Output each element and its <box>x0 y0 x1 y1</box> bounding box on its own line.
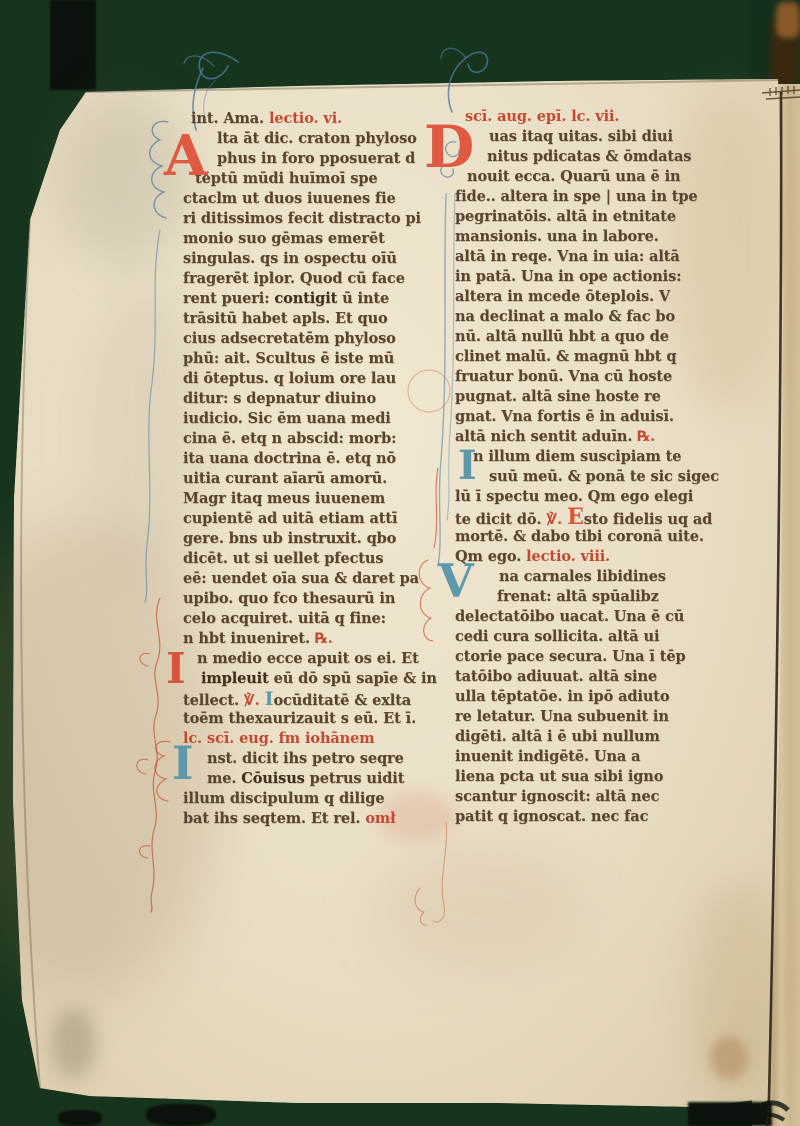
body-text: eē: uendet oīa sua & daret pa <box>183 570 419 587</box>
shadow-bottom <box>58 1110 102 1126</box>
text-line: delectatōibo uacat. Una ē cū <box>455 607 755 627</box>
body-text: delectatōibo uacat. Una ē cū <box>455 608 684 625</box>
body-text: uas itaq uitas. sibi diui <box>489 128 673 145</box>
text-line: tellect. ℣. Iocūditatē & exlta <box>183 689 449 709</box>
body-text: petrus uidit <box>305 770 405 787</box>
text-column-left: int. Ama. lectio. vi.lta āt dic. craton … <box>183 109 449 829</box>
text-line: in patā. Una in ope actionis: <box>455 267 755 287</box>
text-line: celo acquiret. uitā q fine: <box>183 609 449 629</box>
text-line: fruatur bonū. Vna cū hoste <box>455 367 755 387</box>
rubric-text: scī. aug. epī. lc. vii. <box>465 108 619 125</box>
body-text: suū meū. & ponā te sic sigec <box>489 468 719 485</box>
body-text: nouit ecca. Quarū una ē in <box>467 168 680 185</box>
text-line: monio suo gēmas emerēt <box>183 229 449 249</box>
manuscript-photo: int. Ama. lectio. vi.lta āt dic. craton … <box>0 0 800 1126</box>
text-line: di ōteptus. q loium ore lau <box>183 369 449 389</box>
body-text: singulas. qs in ospectu oīū <box>183 250 397 267</box>
shadow-top <box>50 0 96 90</box>
initial-I-teal-right: I <box>458 446 477 486</box>
text-line: n hbt inueniret. ℞. <box>183 629 449 649</box>
body-text: nst. dicit ihs petro seqre <box>207 750 404 767</box>
body-text: mansionis. una in labore. <box>455 228 659 245</box>
text-line: ulla tēptatōe. in ipō adiuto <box>455 687 755 707</box>
body-text: uitia curant aīarū amorū. <box>183 470 387 487</box>
body-text: fide.. altera in spe | una in tpe <box>455 188 698 205</box>
text-line: fide.. altera in spe | una in tpe <box>455 187 755 207</box>
body-text: clinet malū. & magnū hbt q <box>455 348 676 365</box>
body-text: n medio ecce apuit os ei. Et <box>197 650 419 667</box>
body-text: patit q ignoscat. nec fac <box>455 808 648 825</box>
rubric-text: ℞. <box>637 428 655 445</box>
text-line: cupientē ad uitā etiam attī <box>183 509 449 529</box>
body-text: lū ī spectu meo. Qm ego elegi <box>455 488 693 505</box>
rubric-text: omł <box>365 810 395 827</box>
body-text: me. <box>207 770 241 787</box>
text-line: tatōibo adiuuat. altā sine <box>455 667 755 687</box>
body-text: ita uana doctrina ē. etq nō <box>183 450 396 467</box>
initial-V-teal: V <box>438 558 474 604</box>
body-text: cupientē ad uitā etiam attī <box>183 510 397 527</box>
text-line: Qm ego. lectio. viii. <box>455 547 755 567</box>
text-line: n illum diem suscipiam te <box>455 447 755 467</box>
body-text: re letatur. Una subuenit in <box>455 708 669 725</box>
initial-I-teal-left: I <box>172 740 194 786</box>
book-edge-corner <box>776 2 800 38</box>
rubric-text: lectio. viii. <box>526 548 610 565</box>
body-text: pugnat. altā sine hoste re <box>455 388 661 405</box>
body-text: nū. altā nullū hbt a quo de <box>455 328 669 345</box>
body-text: pegrinatōis. altā in etnitate <box>455 208 676 225</box>
text-line: gnat. Vna fortis ē in aduisī. <box>455 407 755 427</box>
body-text: gnat. Vna fortis ē in aduisī. <box>455 408 674 425</box>
text-line: int. Ama. lectio. vi. <box>183 109 449 129</box>
body-text: cina ē. etq n abscid: morb: <box>183 430 396 447</box>
body-text: n hbt inueniret. <box>183 630 315 647</box>
body-text: ditur: s depnatur diuino <box>183 390 376 407</box>
body-text: illum discipulum q dilige <box>183 790 384 807</box>
text-line: nū. altā nullū hbt a quo de <box>455 327 755 347</box>
text-line: me. Cōuisus petrus uidit <box>183 769 449 789</box>
body-text: n illum diem suscipiam te <box>473 448 681 465</box>
body-text: bat ihs seqtem. Et rel. <box>183 810 365 827</box>
text-line: scī. aug. epī. lc. vii. <box>455 107 755 127</box>
text-line: bat ihs seqtem. Et rel. omł <box>183 809 449 829</box>
text-line: ri ditissimos fecit distracto pi <box>183 209 449 229</box>
text-line: singulas. qs in ospectu oīū <box>183 249 449 269</box>
body-text: altera in mcede ōteplois. V <box>455 288 670 305</box>
text-line: re letatur. Una subuenit in <box>455 707 755 727</box>
body-text: ctorie pace secura. Una ī tēp <box>455 648 686 665</box>
text-line: scantur ignoscit: altā nec <box>455 787 755 807</box>
text-line: cius adsecretatēm phyloso <box>183 329 449 349</box>
text-line: gere. bns ub instruxit. qbo <box>183 529 449 549</box>
text-line: Magr itaq meus iuuenem <box>183 489 449 509</box>
body-text: toēm thexaurizauit s eū. Et ī. <box>183 710 416 727</box>
body-text: gere. bns ub instruxit. qbo <box>183 530 396 547</box>
body-text: fragerēt iplor. Quod cū face <box>183 270 405 287</box>
text-line: frenat: altā spūalibz <box>455 587 755 607</box>
body-text: Magr itaq meus iuuenem <box>183 490 385 507</box>
body-text: te dicit dō. <box>455 511 546 528</box>
text-line: n medio ecce apuit os ei. Et <box>183 649 449 669</box>
body-text: eū dō spū sapīe & in <box>269 670 437 687</box>
body-text: altā nich sentit aduīn. <box>455 428 637 445</box>
body-text: liena pcta ut sua sibi igno <box>455 768 663 785</box>
body-text: ū inte <box>337 290 389 307</box>
body-text: inuenit indigētē. Una a <box>455 748 640 765</box>
body-text: in patā. Una in ope actionis: <box>455 268 681 285</box>
body-text: frenat: altā spūalibz <box>497 588 659 605</box>
body-text: digēti. altā i ē ubi nullum <box>455 728 660 745</box>
body-text: dicēt. ut si uellet pfectus <box>183 550 383 567</box>
text-line: fragerēt iplor. Quod cū face <box>183 269 449 289</box>
text-line: phū: ait. Scultus ē iste mū <box>183 349 449 369</box>
body-text: nitus pdicatas & ōmdatas <box>487 148 691 165</box>
text-line: lc. scī. eug. fm iohānem <box>183 729 449 749</box>
shadow-bottom <box>688 1102 772 1126</box>
text-line: cedi cura sollicita. altā ui <box>455 627 755 647</box>
body-text: tellect. <box>183 692 244 709</box>
text-line: lta āt dic. craton phyloso <box>183 129 449 149</box>
text-line: ctaclm ut duos iuuenes fie <box>183 189 449 209</box>
body-text: sto fidelis uq ad <box>584 511 712 528</box>
rubric-text: ℣. <box>546 511 567 528</box>
shadow-bottom <box>146 1104 216 1126</box>
text-line: na carnales libidines <box>455 567 755 587</box>
body-text: mortē. & dabo tibi coronā uite. <box>455 528 704 545</box>
text-line: iudicio. Sic ēm uana medi <box>183 409 449 429</box>
rubric-text: lc. scī. eug. fm iohānem <box>183 730 375 747</box>
body-text: lta āt dic. craton phyloso <box>217 130 417 147</box>
body-text: ctaclm ut duos iuuenes fie <box>183 190 396 207</box>
initial-I-red: I <box>166 648 186 690</box>
text-line: liena pcta ut sua sibi igno <box>455 767 755 787</box>
rubric-text: lectio. vi. <box>269 110 342 127</box>
text-line: upibo. quo fco thesaurū in <box>183 589 449 609</box>
body-text: phū: ait. Scultus ē iste mū <box>183 350 394 367</box>
text-line: cina ē. etq n abscid: morb: <box>183 429 449 449</box>
text-line: ita uana doctrina ē. etq nō <box>183 449 449 469</box>
text-line: eē: uendet oīa sua & daret pa <box>183 569 449 589</box>
text-line: clinet malū. & magnū hbt q <box>455 347 755 367</box>
text-line: illum discipulum q dilige <box>183 789 449 809</box>
text-line: nitus pdicatas & ōmdatas <box>455 147 755 167</box>
body-text: tēptū mūdi huīmoī spe <box>195 170 378 187</box>
body-text: cius adsecretatēm phyloso <box>183 330 396 347</box>
text-line: digēti. altā i ē ubi nullum <box>455 727 755 747</box>
body-text: celo acquiret. uitā q fine: <box>183 610 386 627</box>
text-line: uitia curant aīarū amorū. <box>183 469 449 489</box>
body-text: cedi cura sollicita. altā ui <box>455 628 659 645</box>
text-line: pegrinatōis. altā in etnitate <box>455 207 755 227</box>
text-line: inuenit indigētē. Una a <box>455 747 755 767</box>
body-text: fruatur bonū. Vna cū hoste <box>455 368 672 385</box>
body-text: di ōteptus. q loium ore lau <box>183 370 396 387</box>
text-line: pugnat. altā sine hoste re <box>455 387 755 407</box>
body-text: ri ditissimos fecit distracto pi <box>183 210 421 227</box>
body-text: tatōibo adiuuat. altā sine <box>455 668 657 685</box>
text-line: nouit ecca. Quarū una ē in <box>455 167 755 187</box>
body-text: impleuit <box>201 670 269 687</box>
body-text: contigit <box>274 290 337 307</box>
body-text: phus in foro pposuerat d <box>217 150 415 167</box>
text-line: trāsitū habet apls. Et quo <box>183 309 449 329</box>
body-text: na carnales libidines <box>499 568 666 585</box>
text-line: suū meū. & ponā te sic sigec <box>455 467 755 487</box>
text-column-right: scī. aug. epī. lc. vii.uas itaq uitas. s… <box>455 107 755 827</box>
body-text: scantur ignoscit: altā nec <box>455 788 659 805</box>
body-text: iudicio. Sic ēm uana medi <box>183 410 391 427</box>
body-text: ocūditatē & exlta <box>273 692 411 709</box>
text-line: altā nich sentit aduīn. ℞. <box>455 427 755 447</box>
text-line: altā in reqe. Vna in uia: altā <box>455 247 755 267</box>
text-line: toēm thexaurizauit s eū. Et ī. <box>183 709 449 729</box>
text-line: uas itaq uitas. sibi diui <box>455 127 755 147</box>
text-line: impleuit eū dō spū sapīe & in <box>183 669 449 689</box>
body-text: rent pueri: <box>183 290 274 307</box>
text-line: lū ī spectu meo. Qm ego elegi <box>455 487 755 507</box>
rubric-text: ℣. <box>244 692 265 709</box>
initial-D: D <box>424 118 474 176</box>
initial-A: A <box>164 128 207 184</box>
body-text: monio suo gēmas emerēt <box>183 230 385 247</box>
text-line: mortē. & dabo tibi coronā uite. <box>455 527 755 547</box>
text-line: tēptū mūdi huīmoī spe <box>183 169 449 189</box>
body-text: altā in reqe. Vna in uia: altā <box>455 248 680 265</box>
text-line: patit q ignoscat. nec fac <box>455 807 755 827</box>
text-line: mansionis. una in labore. <box>455 227 755 247</box>
text-line: ditur: s depnatur diuino <box>183 389 449 409</box>
text-line: rent pueri: contigit ū inte <box>183 289 449 309</box>
text-line: ctorie pace secura. Una ī tēp <box>455 647 755 667</box>
body-text: upibo. quo fco thesaurū in <box>183 590 395 607</box>
body-text: ulla tēptatōe. in ipō adiuto <box>455 688 669 705</box>
text-line: dicēt. ut si uellet pfectus <box>183 549 449 569</box>
text-line: phus in foro pposuerat d <box>183 149 449 169</box>
rubric-text: ℞. <box>315 630 333 647</box>
text-line: na declinat a malo & fac bo <box>455 307 755 327</box>
body-text: trāsitū habet apls. Et quo <box>183 310 388 327</box>
body-text: Cōuisus <box>241 770 304 787</box>
body-text: na declinat a malo & fac bo <box>455 308 675 325</box>
text-line: nst. dicit ihs petro seqre <box>183 749 449 769</box>
text-line: altera in mcede ōteplois. V <box>455 287 755 307</box>
text-line: te dicit dō. ℣. Esto fidelis uq ad <box>455 507 755 527</box>
